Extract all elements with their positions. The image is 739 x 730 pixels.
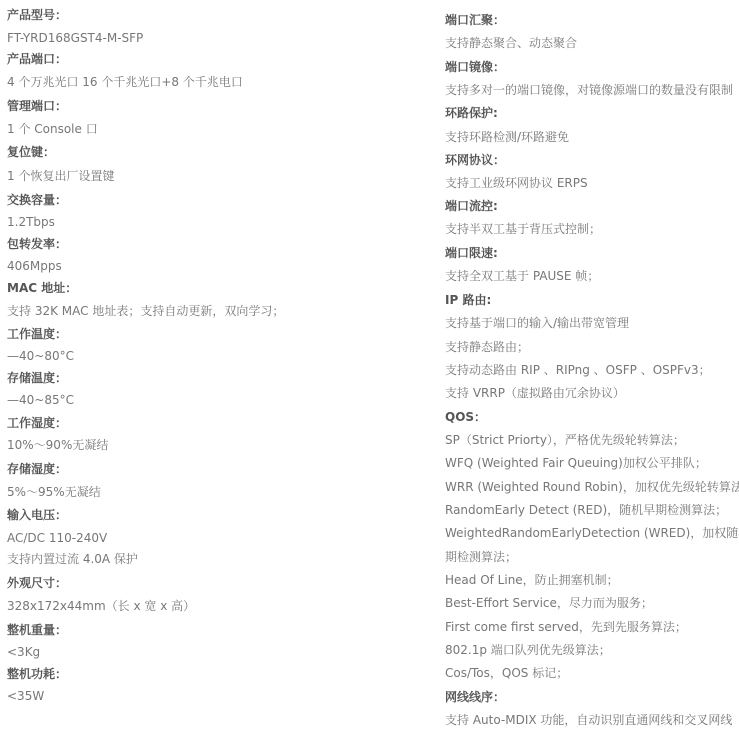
spec-label: 产品型号： <box>7 7 67 23</box>
spec-value: SP（Strict Priorty），严格优先级轮转算法； <box>445 432 685 448</box>
spec-label: 工作湿度： <box>7 415 67 431</box>
spec-label: 包转发率： <box>7 236 67 252</box>
spec-label: 交换容量： <box>7 192 67 208</box>
spec-label: 网线线序： <box>445 689 505 705</box>
spec-value: WeightedRandomEarlyDetection (WRED)，加权随机… <box>445 525 739 541</box>
spec-value: —40~80°C <box>7 348 74 364</box>
spec-label: 工作温度： <box>7 326 67 342</box>
spec-value: <35W <box>7 688 44 704</box>
spec-value: 支持动态路由 RIP 、RIPng 、OSFP 、OSPFv3； <box>445 362 711 378</box>
spec-label: 环网协议： <box>445 152 505 168</box>
spec-value: Head Of Line，防止拥塞机制； <box>445 572 619 588</box>
spec-value: FT-YRD168GST4-M-SFP <box>7 30 143 46</box>
spec-label: 管理端口： <box>7 98 67 114</box>
spec-value: AC/DC 110-240V <box>7 530 107 546</box>
spec-value: WRR (Weighted Round Robin)，加权优先级轮转算法； <box>445 479 739 495</box>
spec-value: 支持工业级环网协议 ERPS <box>445 175 588 191</box>
spec-label: IP 路由: <box>445 292 491 308</box>
spec-value: 支持 VRRP（虚拟路由冗余协议） <box>445 385 625 401</box>
spec-label: 端口限速: <box>445 245 498 261</box>
spec-value: 支持全双工基于 PAUSE 帧； <box>445 268 599 284</box>
spec-value: 328x172x44mm（长 x 宽 x 高） <box>7 598 195 614</box>
spec-value: 期检测算法； <box>445 549 517 565</box>
spec-value: 802.1p 端口队列优先级算法； <box>445 642 611 658</box>
spec-value: 支持 Auto-MDIX 功能，自动识别直通网线和交叉网线 <box>445 712 732 728</box>
spec-value: WFQ (Weighted Fair Queuing)加权公平排队； <box>445 455 707 471</box>
spec-label: 端口镜像： <box>445 59 505 75</box>
spec-value: Cos/Tos，QOS 标记； <box>445 665 568 681</box>
spec-label: QOS： <box>445 409 486 425</box>
spec-value: <3Kg <box>7 644 40 660</box>
spec-label: 存储湿度： <box>7 461 67 477</box>
spec-value: 1 个恢复出厂设置键 <box>7 168 114 184</box>
spec-value: 1.2Tbps <box>7 214 55 230</box>
spec-value: 支持多对一的端口镜像，对镜像源端口的数量没有限制 <box>445 82 733 98</box>
spec-value: 支持静态聚合、动态聚合 <box>445 35 577 51</box>
spec-value: —40~85°C <box>7 392 74 408</box>
spec-label: 整机功耗： <box>7 666 67 682</box>
spec-label: 端口汇聚： <box>445 12 505 28</box>
spec-label: 外观尺寸： <box>7 575 67 591</box>
spec-value: 支持内置过流 4.0A 保护 <box>7 551 138 567</box>
spec-value: 5%～95%无凝结 <box>7 484 101 500</box>
spec-value: 支持 32K MAC 地址表；支持自动更新，双向学习； <box>7 303 284 319</box>
spec-label: 输入电压： <box>7 507 67 523</box>
spec-label: 端口流控: <box>445 198 498 214</box>
spec-value: First come first served，先到先服务算法； <box>445 619 687 635</box>
spec-value: 10%～90%无凝结 <box>7 437 108 453</box>
spec-value: 支持环路检测/环路避免 <box>445 129 569 145</box>
spec-label: MAC 地址： <box>7 280 77 296</box>
spec-label: 整机重量： <box>7 622 67 638</box>
spec-value: RandomEarly Detect (RED)，随机早期检测算法； <box>445 502 727 518</box>
spec-label: 环路保护: <box>445 105 498 121</box>
spec-label: 产品端口： <box>7 51 67 67</box>
spec-value: 1 个 Console 口 <box>7 121 98 137</box>
spec-value: 支持半双工基于背压式控制； <box>445 221 601 237</box>
spec-label: 存储温度： <box>7 370 67 386</box>
spec-value: Best-Effort Service，尽力而为服务； <box>445 595 653 611</box>
spec-label: 复位键： <box>7 144 55 160</box>
spec-value: 支持基于端口的输入/输出带宽管理 <box>445 315 629 331</box>
spec-value: 4 个万兆光口 16 个千兆光口+8 个千兆电口 <box>7 74 243 90</box>
spec-value: 406Mpps <box>7 258 62 274</box>
spec-value: 支持静态路由； <box>445 339 529 355</box>
